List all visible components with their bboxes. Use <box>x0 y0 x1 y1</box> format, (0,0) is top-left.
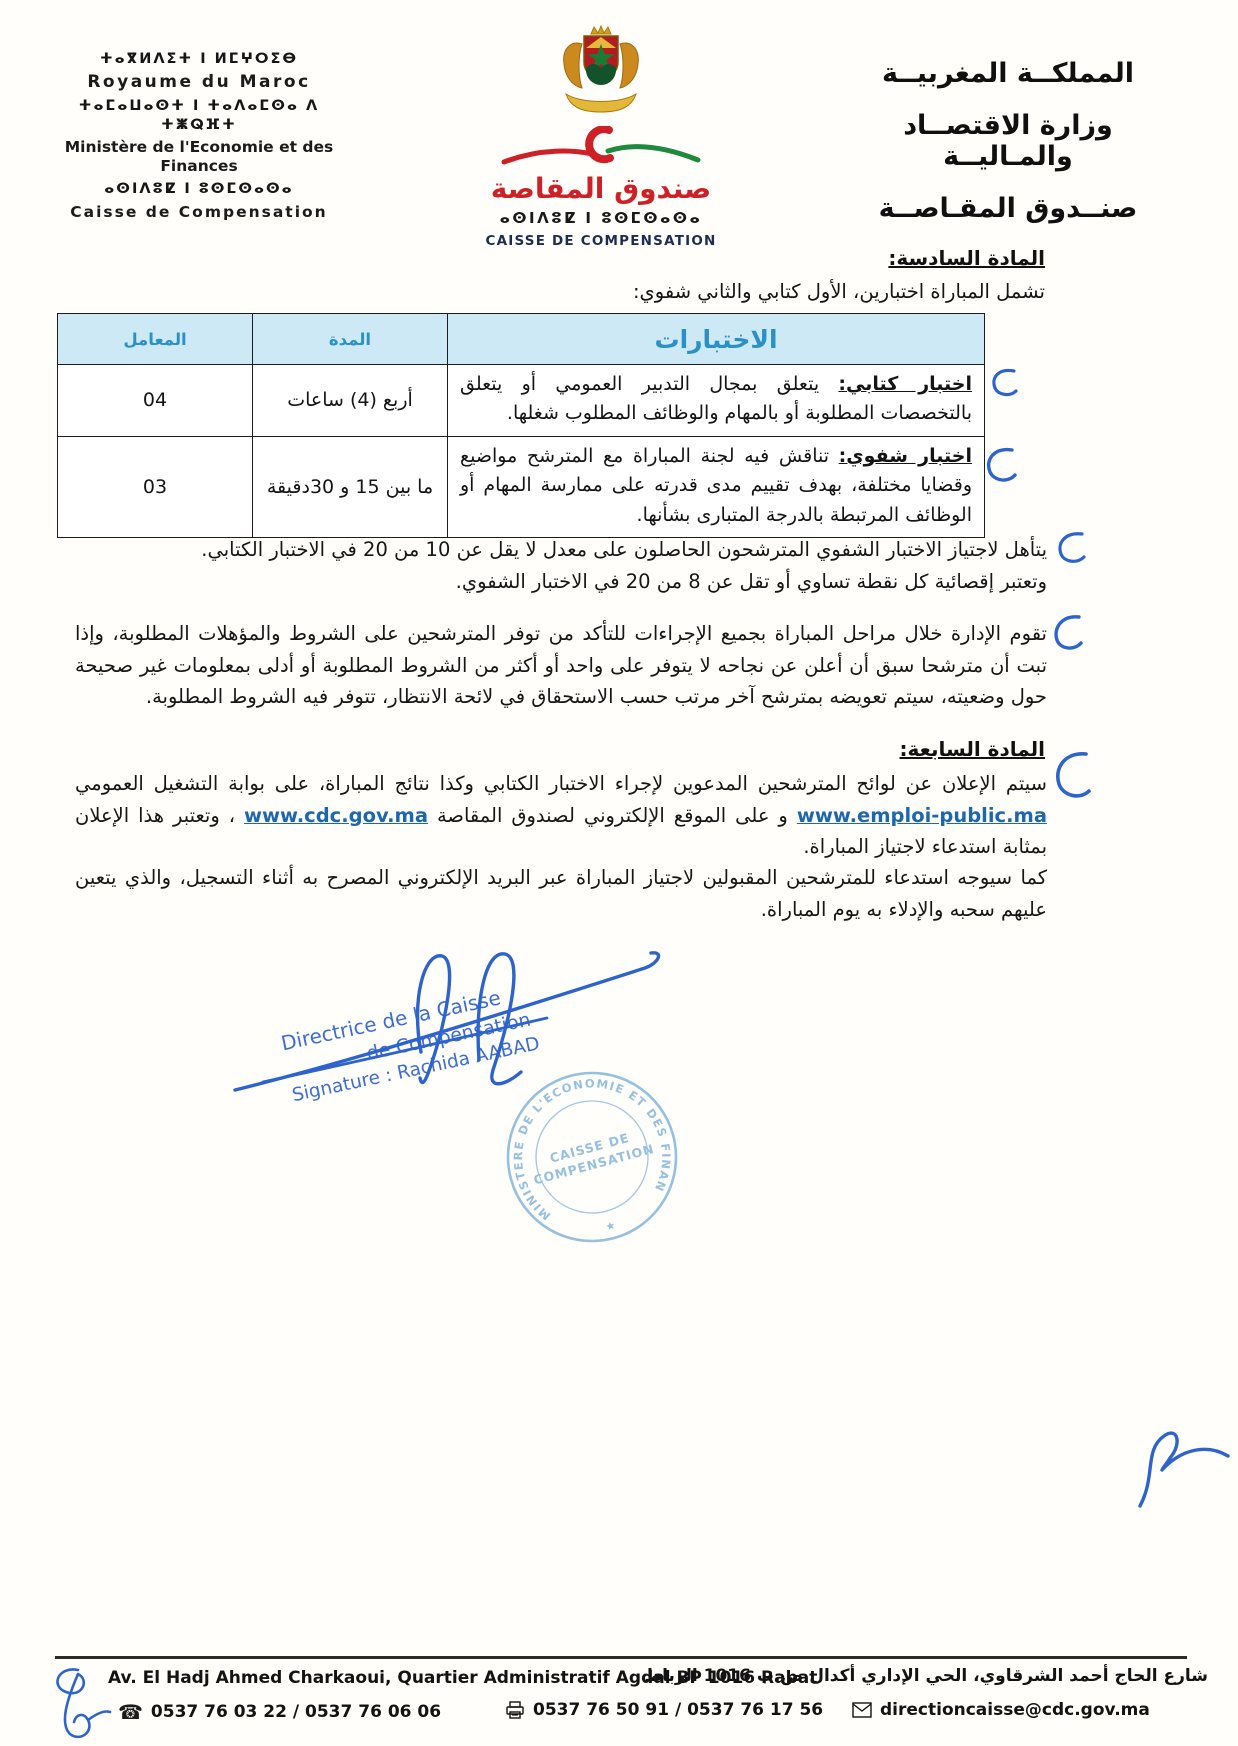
cdc-name-tifinagh: ⴰⵙⵏⴷⵓⵇ ⵏ ⵓⵙⵎⵙⴰⵙⴰ <box>468 209 734 227</box>
announcement-text-pre: سيتم الإعلان عن لوائح المترشحين المدعوين… <box>75 772 1047 795</box>
written-test-coefficient: 04 <box>58 365 253 437</box>
phone-icon: ☎ <box>118 1700 143 1724</box>
header-right-block: المملكــة المغربيــة وزارة الاقتصــاد وا… <box>852 58 1164 245</box>
footer-divider <box>55 1656 1187 1659</box>
caisse-de-compensation-text: Caisse de Compensation <box>46 203 352 222</box>
qualification-line-1: يتأهل لاجتياز الاختبار الشفوي المترشحون … <box>75 534 1047 566</box>
footer-fax-numbers: 0537 76 50 91 / 0537 76 17 56 <box>533 1700 823 1720</box>
oral-test-title: اختبار شفوي: <box>839 445 972 467</box>
qualification-line-2: وتعتبر إقصائية كل نقطة تساوي أو تقل عن 8… <box>75 566 1047 598</box>
column-header-duration: المدة <box>253 314 448 365</box>
table-header-row: الاختبارات المدة المعامل <box>58 314 985 365</box>
pen-mark <box>980 442 1022 488</box>
qualification-paragraph: يتأهل لاجتياز الاختبار الشفوي المترشحون … <box>75 534 1047 597</box>
pen-mark <box>986 364 1022 400</box>
column-header-tests: الاختبارات <box>448 314 985 365</box>
cdc-website-link[interactable]: www.cdc.gov.ma <box>244 804 428 827</box>
caisse-arabic-text: صنــدوق المقـاصــة <box>852 193 1164 224</box>
fax-icon <box>505 1700 525 1720</box>
tifinagh-ministry-text: ⵜⴰⵎⴰⵡⴰⵙⵜ ⵏ ⵜⴰⴷⴰⵎⵙⴰ ⴷ ⵜⵥⵕⴼⵜ <box>46 97 352 133</box>
email-icon <box>852 1702 872 1718</box>
pen-mark <box>1052 528 1092 568</box>
footer-email-group: directioncaisse@cdc.gov.ma <box>852 1700 1150 1720</box>
column-header-coefficient: المعامل <box>58 314 253 365</box>
exams-table: الاختبارات المدة المعامل اختبار كتابي: ي… <box>57 313 985 538</box>
official-round-stamp: MINISTERE DE L'ECONOMIE ET DES FINANCES … <box>492 1060 692 1260</box>
cdc-logo <box>496 126 706 166</box>
morocco-coat-of-arms <box>542 24 660 122</box>
article-6-intro: تشمل المباراة اختبارين، الأول كتابي والث… <box>633 280 1045 303</box>
cdc-name-french: CAISSE DE COMPENSATION <box>468 233 734 249</box>
royaume-du-maroc-text: Royaume du Maroc <box>46 72 352 93</box>
written-test-title: اختبار كتابي: <box>838 373 972 395</box>
footer-fax-group: 0537 76 50 91 / 0537 76 17 56 <box>505 1700 823 1720</box>
tifinagh-caisse-text: ⴰⵙⵏⴷⵓⵇ ⵏ ⵓⵙⵎⵙⴰⵙⴰ <box>46 180 352 198</box>
announcement-paragraph: سيتم الإعلان عن لوائح المترشحين المدعوين… <box>75 768 1047 863</box>
table-row: اختبار كتابي: يتعلق بمجال التدبير العموم… <box>58 365 985 437</box>
verification-paragraph: تقوم الإدارة خلال مراحل المباراة بجميع ا… <box>75 618 1047 713</box>
tifinagh-kingdom-text: ⵜⴰⴳⵍⴷⵉⵜ ⵏ ⵍⵎⵖⵔⵉⴱ <box>46 50 352 68</box>
emploi-public-link[interactable]: www.emploi-public.ma <box>797 804 1047 827</box>
written-test-duration: أربع (4) ساعات <box>253 365 448 437</box>
footer-paraph <box>36 1658 114 1744</box>
footer-address-ar: شارع الحاج أحمد الشرقاوي، الحي الإداري أ… <box>644 1666 1208 1686</box>
footer-phone-group: ☎ 0537 76 03 22 / 0537 76 06 06 <box>118 1700 441 1724</box>
cdc-name-arabic: صندوق المقاصة <box>468 172 734 205</box>
pen-mark <box>1048 612 1088 656</box>
oral-test-coefficient: 03 <box>58 436 253 537</box>
pen-mark <box>1050 748 1096 806</box>
announcement-text-mid: و على الموقع الإلكتروني لصندوق المقاصة <box>428 804 788 827</box>
ministry-arabic-text: وزارة الاقتصــاد والمـاليــة <box>852 110 1164 172</box>
ministere-text: Ministère de l'Economie et des Finances <box>46 138 352 177</box>
header-left-block: ⵜⴰⴳⵍⴷⵉⵜ ⵏ ⵍⵎⵖⵔⵉⴱ Royaume du Maroc ⵜⴰⵎⴰⵡⴰ… <box>46 46 352 225</box>
article-7-heading: المادة السابعة: <box>900 737 1045 761</box>
stamp-star: ★ <box>604 1218 617 1233</box>
footer-phone-numbers: 0537 76 03 22 / 0537 76 06 06 <box>151 1702 441 1722</box>
header-center-logo-block: صندوق المقاصة ⴰⵙⵏⴷⵓⵇ ⵏ ⵓⵙⵎⵙⴰⵙⴰ CAISSE DE… <box>468 24 734 249</box>
pen-swirl <box>1126 1418 1234 1518</box>
oral-test-cell: اختبار شفوي: تناقش فيه لجنة المباراة مع … <box>448 436 985 537</box>
kingdom-arabic-text: المملكــة المغربيــة <box>852 58 1164 89</box>
document-page: ⵜⴰⴳⵍⴷⵉⵜ ⵏ ⵍⵎⵖⵔⵉⴱ Royaume du Maroc ⵜⴰⵎⴰⵡⴰ… <box>0 0 1238 1746</box>
oral-test-duration: ما بين 15 و 30دقيقة <box>253 436 448 537</box>
footer-email-address: directioncaisse@cdc.gov.ma <box>880 1700 1150 1720</box>
table-row: اختبار شفوي: تناقش فيه لجنة المباراة مع … <box>58 436 985 537</box>
article-6-heading: المادة السادسة: <box>888 246 1045 270</box>
written-test-cell: اختبار كتابي: يتعلق بمجال التدبير العموم… <box>448 365 985 437</box>
convocation-paragraph: كما سيوجه استدعاء للمترشحين المقبولين لا… <box>75 862 1047 925</box>
